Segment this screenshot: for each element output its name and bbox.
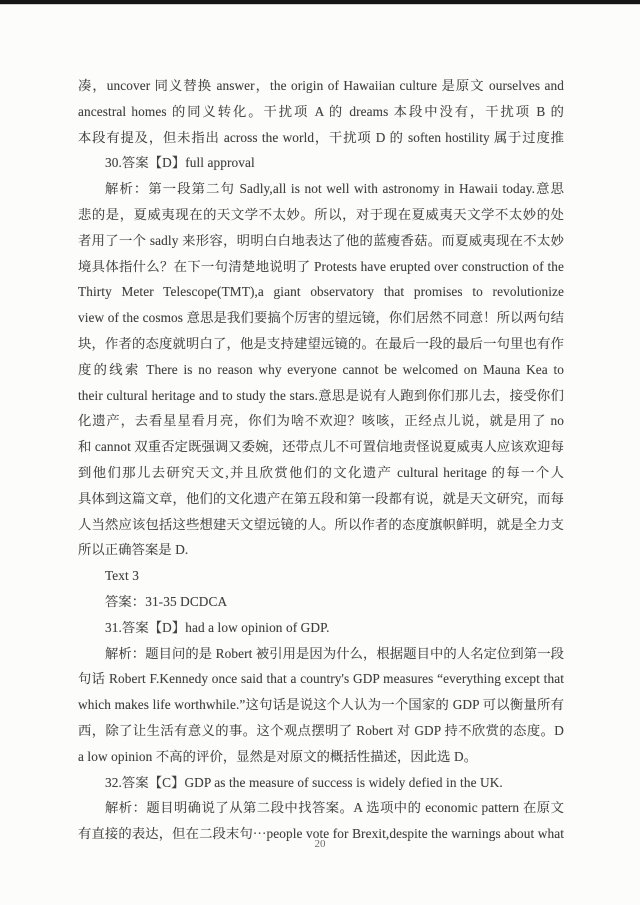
text-line: 西，除了让生活有意义的事。这个观点摆明了 Robert 对 GDP 持不欣赏的态… (78, 718, 564, 744)
paragraph: 31.答案【D】had a low opinion of GDP. (78, 615, 564, 641)
paragraph: 答案：31-35 DCDCA (78, 589, 564, 615)
text-line: 解析：题目明确说了从第二段中找答案。A 选项中的 economic patter… (78, 795, 564, 821)
paragraph: 解析：题目问的是 Robert 被引用是因为什么，根据题目中的人名定位到第一段第… (78, 641, 564, 770)
paragraph: Text 3 (78, 563, 564, 589)
text-line: a low opinion 不高的评价，显然是对原文的概括性描述，因此选 D。 (78, 744, 564, 770)
text-line: 度的线索 There is no reason why everyone can… (78, 357, 564, 383)
text-line: 悲的是，夏威夷现在的天文学不太妙。所以，对于现在夏威夷天文学不太妙的处境，作 (78, 202, 564, 228)
text-line: 境具体指什么？在下一句清楚地说明了 Protests have erupted … (78, 254, 564, 280)
text-line: 到他们那儿去研究天文,并且欣赏他们的文化遗产 cultural heritage… (78, 460, 564, 486)
text-line: Text 3 (78, 563, 564, 589)
text-line: 解析：题目问的是 Robert 被引用是因为什么，根据题目中的人名定位到第一段第… (78, 641, 564, 667)
text-line: 答案：31-35 DCDCA (78, 589, 564, 615)
text-line: their cultural heritage and to study the… (78, 383, 564, 409)
text-line: 解析：第一段第二句 Sadly,all is not well with ast… (78, 176, 564, 202)
text-line: view of the cosmos 意思是我们要搞个厉害的望远镜，你们居然不同… (78, 305, 564, 331)
text-line: 和 cannot 双重否定既强调又委婉，还带点儿不可置信地责怪说夏威夷人应该欢迎… (78, 434, 564, 460)
page-number: 20 (0, 838, 640, 850)
scan-edge-artifact (0, 0, 640, 5)
text-line: which makes life worthwhile.”这句话是说这个人认为一… (78, 692, 564, 718)
paragraph: 凑，uncover 同义替换 answer，the origin of Hawa… (78, 73, 564, 150)
paragraph: 解析：第一段第二句 Sadly,all is not well with ast… (78, 176, 564, 563)
paragraph: 30.答案【D】full approval (78, 150, 564, 176)
text-line: 32.答案【C】GDP as the measure of success is… (78, 770, 564, 796)
text-line: Thirty Meter Telescope(TMT),a giant obse… (78, 279, 564, 305)
text-line: 句话 Robert F.Kennedy once said that a cou… (78, 666, 564, 692)
text-line: 化遗产，去看星星看月亮，你们为啥不欢迎？咳咳，正经点儿说，就是用了 no rea… (78, 408, 564, 434)
paragraph: 32.答案【C】GDP as the measure of success is… (78, 770, 564, 796)
text-line: 块，作者的态度就明白了，他是支持建望远镜的。在最后一段的最后一句里也有作者态 (78, 331, 564, 357)
text-line: 30.答案【D】full approval (78, 150, 564, 176)
text-line: 具体到这篇文章，他们的文化遗产在第五段和第一段都有说，就是天文研究，而每一个 (78, 486, 564, 512)
text-line: 所以正确答案是 D. (78, 537, 564, 563)
text-line: 者用了一个 sadly 来形容，明明白白地表达了他的蓝瘦香菇。而夏威夷现在不太妙… (78, 228, 564, 254)
text-line: 31.答案【D】had a low opinion of GDP. (78, 615, 564, 641)
text-line: 人当然应该包括这些想建天文望远镜的人。所以作者的态度旗帜鲜明，就是全力支持。 (78, 512, 564, 538)
text-line: 本段有提及，但未指出 across the world，干扰项 D 的 soft… (78, 125, 564, 151)
text-line: ancestral homes 的同义转化。干扰项 A 的 dreams 本段中… (78, 99, 564, 125)
text-line: 凑，uncover 同义替换 answer，the origin of Hawa… (78, 73, 564, 99)
text-block: 凑，uncover 同义替换 answer，the origin of Hawa… (78, 73, 564, 847)
document-page: 凑，uncover 同义替换 answer，the origin of Hawa… (0, 0, 640, 905)
